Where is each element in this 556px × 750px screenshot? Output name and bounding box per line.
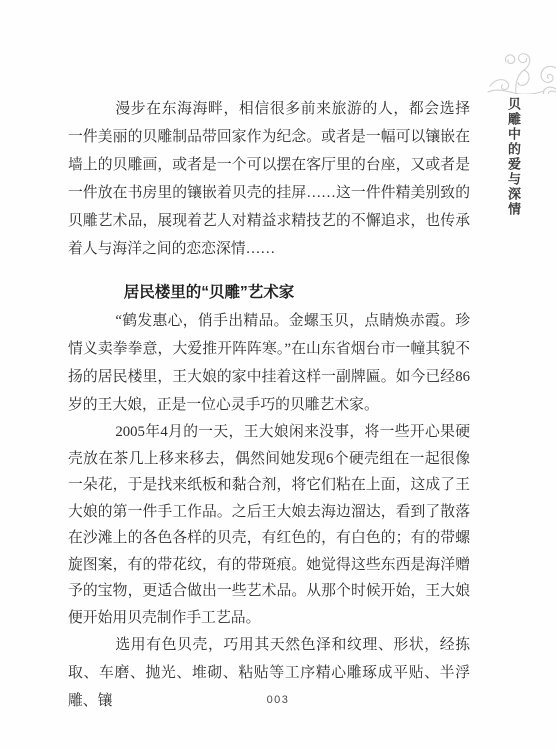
page-number: 003 xyxy=(0,694,556,706)
book-page: 贝雕中的爱与深情 漫步在东海海畔，相信很多前来旅游的人，都会选择一件美丽的贝雕制… xyxy=(0,0,556,750)
chapter-side-title: 贝雕中的爱与深情 xyxy=(504,97,523,217)
body-text-block: 漫步在东海海畔，相信很多前来旅游的人，都会选择一件美丽的贝雕制品带回家作为纪念。… xyxy=(68,95,470,715)
wave-cloud-ornament-icon xyxy=(486,44,556,94)
section-heading: 居民楼里的“贝雕”艺术家 xyxy=(68,279,470,307)
paragraph-first-artwork: 2005年4月的一天，王大娘闲来没事，将一些开心果硬壳放在茶几上移来移去，偶然间… xyxy=(68,419,470,631)
paragraph-intro: 漫步在东海海畔，相信很多前来旅游的人，都会选择一件美丽的贝雕制品带回家作为纪念。… xyxy=(68,95,470,263)
paragraph-plaque: “鹤发惠心，俏手出精品。金螺玉贝，点睛焕赤霞。珍情义卖拳拳意，大爱推开阵阵寒。”… xyxy=(68,307,470,419)
